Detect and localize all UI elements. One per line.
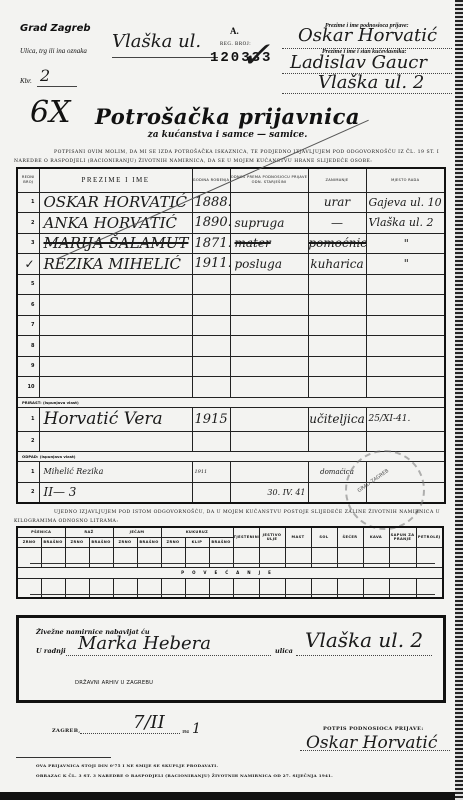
applicant-name: Oskar Horvatić: [298, 25, 453, 46]
relation: supruga: [230, 213, 308, 234]
relation: [230, 274, 308, 295]
row-number: 2: [17, 482, 39, 503]
occupation: —: [308, 213, 366, 234]
birth-year: 1871.: [192, 233, 230, 254]
occupation: [308, 315, 366, 336]
person-name: [39, 274, 192, 295]
workplace: 25/XI-41.: [366, 407, 445, 431]
birth-year: 1890.: [192, 213, 230, 234]
single-header: MAST: [285, 527, 311, 547]
occupation: [308, 274, 366, 295]
additions-section-header: PRIRAST: (ispunjava vlast): [17, 397, 445, 407]
intro-declaration: POTPISANI OVIM MOLIM, DA MI SE IZDA POTR…: [14, 148, 454, 166]
occupation: [308, 295, 366, 316]
birth-year: [192, 377, 230, 398]
relation: [230, 431, 308, 452]
sub-header: BRAŠNO: [41, 537, 65, 547]
stock-declaration: UJEDNO IZJAVLJUJEM POD ISTOM ODGOVORNOŠĆ…: [14, 508, 454, 526]
table-row: 10: [17, 377, 445, 398]
row-number: 1: [17, 462, 39, 483]
shop-label: U radnji: [36, 647, 66, 655]
table-row: 2: [17, 431, 445, 452]
occupation: [308, 431, 366, 452]
landlord-name: Ladislav Gaucr: [290, 52, 450, 73]
person-name: ANKA HORVATIĆ: [39, 213, 192, 234]
single-header: ŠEĆER: [337, 527, 363, 547]
workplace: [366, 377, 445, 398]
workplace: [366, 295, 445, 316]
form-title: Potrošačka prijavnica: [0, 104, 455, 129]
row-number: 6: [17, 295, 39, 316]
shop-name: Marka Hebera: [78, 633, 211, 654]
date-value: 7/II: [133, 712, 165, 733]
house-number-underline: [37, 86, 77, 87]
person-name: MARIJA ŠALAMUT: [39, 233, 192, 254]
date-underline: [80, 733, 180, 734]
increase-row-header: POVEĆANJE: [17, 567, 443, 578]
birth-year: [192, 336, 230, 357]
footnote-regulation: OBRAZAC K ČL. 3 ST. 3 NAREDBE O RASPODJE…: [36, 773, 333, 778]
relation: [230, 407, 308, 431]
occupation: kuharica: [308, 254, 366, 275]
workplace: [366, 315, 445, 336]
birth-year: 1911: [192, 462, 230, 483]
cancel-line: [30, 594, 435, 595]
row-number: 1: [17, 192, 39, 213]
relation: [230, 336, 308, 357]
shop-underline: [66, 655, 271, 656]
occupation: pomoćnica: [308, 233, 366, 254]
birth-year: [192, 356, 230, 377]
footnote-rule: [16, 757, 111, 758]
occupation: urar: [308, 192, 366, 213]
sub-header: ZRNO: [161, 537, 185, 547]
signature-label: POTPIS PODNOSIOCA PRIJAVE:: [323, 726, 424, 732]
row-number: 2: [17, 213, 39, 234]
row-number: 1: [17, 407, 39, 431]
shop-street-label: ulica: [275, 647, 293, 655]
single-header: KAVA: [363, 527, 389, 547]
relation: [230, 295, 308, 316]
person-name: [39, 356, 192, 377]
person-name: [39, 431, 192, 452]
table-row: 9: [17, 356, 445, 377]
birth-year: [192, 482, 230, 503]
sub-header: KLIP: [185, 537, 209, 547]
row-number: 10: [17, 377, 39, 398]
person-name: Mihelić Rezika: [39, 462, 192, 483]
additions-label: PRIRAST: (ispunjava vlast): [17, 397, 445, 407]
birth-year: [192, 431, 230, 452]
group-header: JEČAM: [113, 527, 161, 537]
row-number: 8: [17, 336, 39, 357]
row-number: 7: [17, 315, 39, 336]
form-letter: A.: [230, 26, 239, 36]
person-name: [39, 336, 192, 357]
group-header: RAŽ: [65, 527, 113, 537]
checked-mark-icon: ✓: [17, 254, 39, 275]
col-header-name: PREZIME I IME: [39, 168, 192, 192]
scan-bottom-edge: [0, 792, 463, 800]
workplace: ": [366, 254, 445, 275]
single-header: TJESTENINE: [233, 527, 259, 547]
archive-stamp: DRŽAVNI ARHIV U ZAGREBU: [75, 680, 153, 686]
relation: [230, 377, 308, 398]
signature-underline: [300, 750, 450, 751]
street-underline: [112, 57, 218, 58]
relation: posluga: [230, 254, 308, 275]
person-name: [39, 295, 192, 316]
street-label: Ulica, trg ili ina oznaka: [20, 47, 87, 55]
sub-header: ZRNO: [17, 537, 41, 547]
sub-header: ZRNO: [113, 537, 137, 547]
single-header: SAPUN ZA PRANJE: [389, 527, 416, 547]
workplace: ": [366, 233, 445, 254]
sub-header: BRAŠNO: [89, 537, 113, 547]
relation: [230, 356, 308, 377]
workplace: [366, 431, 445, 452]
relation: [230, 315, 308, 336]
city-label: Grad Zagreb: [20, 23, 91, 34]
relation: mater: [230, 233, 308, 254]
street-value: Vlaška ul.: [112, 31, 222, 52]
occupation: [308, 377, 366, 398]
shop-street-underline: [296, 655, 432, 656]
document-page: Grad Zagreb Ulica, trg ili ina oznaka Vl…: [0, 0, 455, 800]
birth-year: 1911.: [192, 254, 230, 275]
row-number: 5: [17, 274, 39, 295]
person-name: [39, 377, 192, 398]
person-name: [39, 315, 192, 336]
group-header: PŠENICA: [17, 527, 65, 537]
birth-year: [192, 315, 230, 336]
footnote-price: OVA PRIJAVNICA STOJI DIN 0'75 I NE SMIJE…: [36, 763, 218, 768]
shop-street-value: Vlaška ul. 2: [305, 628, 423, 652]
house-number-label: Kbr.: [20, 77, 32, 85]
table-row: 5: [17, 274, 445, 295]
table-row: 6: [17, 295, 445, 316]
workplace: [366, 274, 445, 295]
house-number-value: 2: [40, 66, 50, 85]
increase-label: POVEĆANJE: [17, 567, 443, 578]
birth-year: [192, 274, 230, 295]
year-prefix: 194: [182, 729, 189, 734]
form-subtitle: za kućanstva i samce — samice.: [0, 130, 455, 140]
row-number: 2: [17, 431, 39, 452]
year-digit: 1: [192, 721, 201, 737]
table-row: 1 OSKAR HORVATIĆ 1888. urar Gajeva ul. 1…: [17, 192, 445, 213]
relation: [230, 462, 308, 483]
workplace: Gajeva ul. 10: [366, 192, 445, 213]
landlord-address-underline: [282, 93, 452, 94]
occupation: [308, 336, 366, 357]
single-header: JESTIVO ULJE: [259, 527, 285, 547]
table-row: 1 Horvatić Vera 1915 učiteljica 25/XI-41…: [17, 407, 445, 431]
single-header: PETROLEJ: [416, 527, 443, 547]
row-number: 3: [17, 233, 39, 254]
table-row: 2 ANKA HORVATIĆ 1890. supruga — Vlaška u…: [17, 213, 445, 234]
workplace: [366, 336, 445, 357]
table-row: 3 MARIJA ŠALAMUT 1871. mater pomoćnica ": [17, 233, 445, 254]
scan-right-edge: [455, 0, 463, 800]
check-mark-icon: ✓: [240, 35, 270, 76]
birth-year: 1915: [192, 407, 230, 431]
sub-header: ZRNO: [65, 537, 89, 547]
table-row: 7: [17, 315, 445, 336]
cancel-line: [30, 563, 435, 564]
col-header-workplace: MJESTO RADA: [366, 168, 445, 192]
col-header-relation: ODNOS PREMA PODNOSIOCU PRIJAVE ODN. STAR…: [230, 168, 308, 192]
group-header: KUKURUZ: [161, 527, 233, 537]
occupation: [308, 356, 366, 377]
stock-values-row: [17, 547, 443, 567]
person-name: II— 3: [39, 482, 192, 503]
landlord-address: Vlaška ul. 2: [318, 72, 448, 93]
removal-date: 30. IV. 41: [230, 482, 308, 503]
col-header-no: REDNI BROJ: [17, 168, 39, 192]
person-name: Horvatić Vera: [39, 407, 192, 431]
sub-header: BRAŠNO: [137, 537, 161, 547]
relation: [230, 192, 308, 213]
place-label: ZAGREB,: [52, 728, 81, 734]
sub-header: BRAŠNO: [209, 537, 233, 547]
occupation: učiteljica: [308, 407, 366, 431]
single-header: SOL: [311, 527, 337, 547]
col-header-occupation: ZANIMANJE: [308, 168, 366, 192]
table-row: 8: [17, 336, 445, 357]
table-row: ✓ REZIKA MIHELIĆ 1911. posluga kuharica …: [17, 254, 445, 275]
birth-year: [192, 295, 230, 316]
increase-values-row: [17, 578, 443, 598]
workplace: Vlaška ul. 2: [366, 213, 445, 234]
row-number: 9: [17, 356, 39, 377]
workplace: [366, 356, 445, 377]
stock-header-row: PŠENICA RAŽ JEČAM KUKURUZ TJESTENINE JES…: [17, 527, 443, 537]
